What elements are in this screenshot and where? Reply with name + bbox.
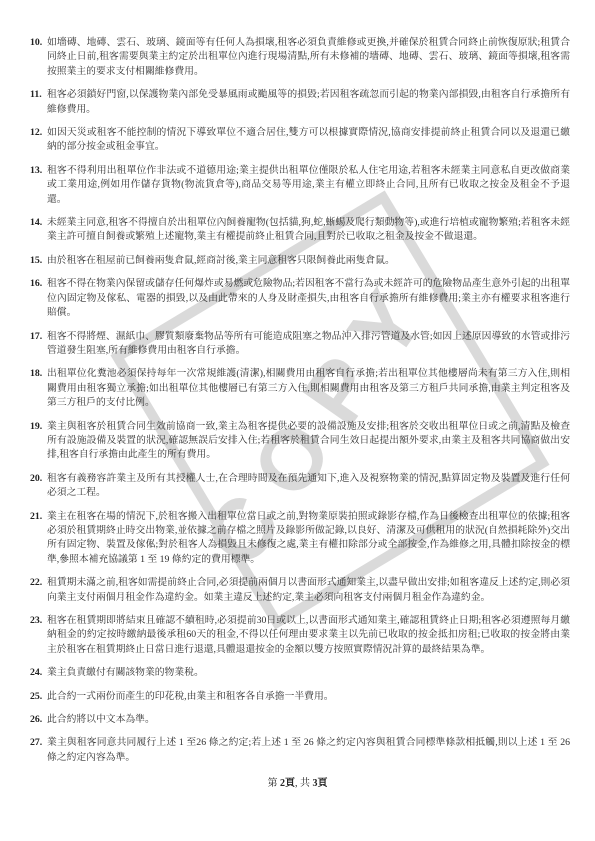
clause-text: 租客不得在物業內保留或儲存任何爆炸或易燃或危險物品;若因租客不當行為或未經許可的… [47, 277, 570, 320]
clause-number: 13. [30, 164, 47, 207]
clause-number: 20. [30, 472, 47, 501]
clause-number: 21. [30, 510, 47, 568]
clause-text: 此合約將以中文本為準。 [47, 713, 570, 727]
clause-number: 26. [30, 713, 47, 727]
clause-text: 業主負責繳付有關該物業的物業稅。 [47, 666, 570, 680]
clause-text: 出租單位化糞池必須保持每年一次常規維護(清潔),相關費用由租客自行承擔;若出租單… [47, 367, 570, 410]
footer-total-pages: 3頁 [313, 778, 328, 789]
clause-item-26: 26.此合約將以中文本為準。 [30, 713, 570, 727]
clause-item-15: 15.由於租客在租屋前已飼養兩隻倉鼠,經商討後,業主同意租客只限飼養此兩隻倉鼠。 [30, 254, 570, 268]
clause-item-18: 18.出租單位化糞池必須保持每年一次常規維護(清潔),相關費用由租客自行承擔;若… [30, 367, 570, 410]
footer-current-page: 2頁 [280, 778, 295, 789]
clause-text: 業主在租客在場的情況下,於租客搬入出租單位當日或之前,對物業原裝拍照或錄影存檔,… [47, 510, 570, 568]
clause-text: 租賃期未滿之前,租客如需提前終止合同,必須提前兩個月以書面形式通知業主,以盡早做… [47, 576, 570, 605]
contract-clause-list: 10.如墻磚、地磚、雲石、玻璃、鏡面等有任何人為損壞,租客必須負責維修或更換,并… [30, 36, 570, 774]
clause-number: 24. [30, 666, 47, 680]
clause-text: 業主與租客於租賃合同生效前協商一致,業主為租客提供必要的設備設施及安排;租客於交… [47, 420, 570, 463]
clause-number: 25. [30, 690, 47, 704]
clause-item-10: 10.如墻磚、地磚、雲石、玻璃、鏡面等有任何人為損壞,租客必須負責維修或更換,并… [30, 36, 570, 79]
clause-item-13: 13.租客不得利用出租單位作非法或不道德用途;業主提供出租單位僅限於私人住宅用途… [30, 164, 570, 207]
clause-item-16: 16.租客不得在物業內保留或儲存任何爆炸或易燃或危險物品;若因租客不當行為或未經… [30, 277, 570, 320]
clause-number: 14. [30, 216, 47, 245]
clause-text: 此合約一式兩份而產生的印花稅,由業主和租客各自承擔一半費用。 [47, 690, 570, 704]
clause-number: 18. [30, 367, 47, 410]
clause-text: 未經業主同意,租客不得擅自於出租單位內飼養寵物(包括貓,狗,蛇,蜥蜴及爬行類動物… [47, 216, 570, 245]
clause-number: 17. [30, 330, 47, 359]
clause-number: 16. [30, 277, 47, 320]
clause-number: 15. [30, 254, 47, 268]
page-footer: 第 2頁, 共 3頁 [0, 774, 595, 789]
clause-item-11: 11.租客必須鎖好門窗,以保護物業內部免受暴風雨或颱風等的損毀;若因租客疏忽而引… [30, 88, 570, 117]
clause-number: 10. [30, 36, 47, 79]
clause-item-20: 20.租客有義務容許業主及所有其授權人士,在合理時間及在預先通知下,進入及視察物… [30, 472, 570, 501]
clause-text: 租客不得將煙、濕紙巾、膠質類廢棄物品等所有可能造成阻塞之物品沖入排污管道及水管;… [47, 330, 570, 359]
clause-text: 租客在租賃期即將結束且確認不續租時,必須提前30日或以上,以書面形式通知業主,確… [47, 614, 570, 657]
clause-item-14: 14.未經業主同意,租客不得擅自於出租單位內飼養寵物(包括貓,狗,蛇,蜥蜴及爬行… [30, 216, 570, 245]
clause-text: 租客必須鎖好門窗,以保護物業內部免受暴風雨或颱風等的損毀;若因租客疏忽而引起的物… [47, 88, 570, 117]
clause-text: 業主與租客同意共同履行上述 1 至26 條之約定;若上述 1 至 26 條之約定… [47, 736, 570, 765]
clause-text: 租客不得利用出租單位作非法或不道德用途;業主提供出租單位僅限於私人住宅用途,若租… [47, 164, 570, 207]
clause-item-22: 22.租賃期未滿之前,租客如需提前終止合同,必須提前兩個月以書面形式通知業主,以… [30, 576, 570, 605]
clause-text: 由於租客在租屋前已飼養兩隻倉鼠,經商討後,業主同意租客只限飼養此兩隻倉鼠。 [47, 254, 570, 268]
clause-number: 22. [30, 576, 47, 605]
clause-item-23: 23.租客在租賃期即將結束且確認不續租時,必須提前30日或以上,以書面形式通知業… [30, 614, 570, 657]
clause-item-21: 21.業主在租客在場的情況下,於租客搬入出租單位當日或之前,對物業原裝拍照或錄影… [30, 510, 570, 568]
clause-item-12: 12.如因天災或租客不能控制的情況下導致單位不適合居住,雙方可以根據實際情況,協… [30, 126, 570, 155]
clause-item-17: 17.租客不得將煙、濕紙巾、膠質類廢棄物品等所有可能造成阻塞之物品沖入排污管道及… [30, 330, 570, 359]
clause-number: 19. [30, 420, 47, 463]
clause-item-19: 19.業主與租客於租賃合同生效前協商一致,業主為租客提供必要的設備設施及安排;租… [30, 420, 570, 463]
clause-item-27: 27.業主與租客同意共同履行上述 1 至26 條之約定;若上述 1 至 26 條… [30, 736, 570, 765]
clause-item-25: 25.此合約一式兩份而產生的印花稅,由業主和租客各自承擔一半費用。 [30, 690, 570, 704]
clause-number: 23. [30, 614, 47, 657]
document-page: COPY 10.如墻磚、地磚、雲石、玻璃、鏡面等有任何人為損壞,租客必須負責維修… [0, 0, 595, 841]
clause-text: 如墻磚、地磚、雲石、玻璃、鏡面等有任何人為損壞,租客必須負責維修或更換,并確保於… [47, 36, 570, 79]
clause-text: 如因天災或租客不能控制的情況下導致單位不適合居住,雙方可以根據實際情況,協商安排… [47, 126, 570, 155]
clause-number: 11. [30, 88, 47, 117]
footer-separator: , 共 [295, 778, 313, 789]
clause-text: 租客有義務容許業主及所有其授權人士,在合理時間及在預先通知下,進入及視察物業的情… [47, 472, 570, 501]
clause-number: 27. [30, 736, 47, 765]
clause-item-24: 24.業主負責繳付有關該物業的物業稅。 [30, 666, 570, 680]
clause-number: 12. [30, 126, 47, 155]
footer-prefix: 第 [268, 778, 281, 789]
